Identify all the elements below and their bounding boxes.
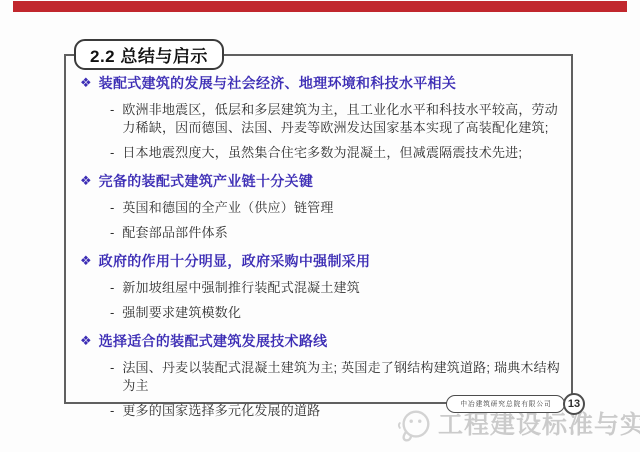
section-heading: 政府的作用十分明显，政府采购中强制采用	[99, 252, 371, 270]
section-government-role: ❖ 政府的作用十分明显，政府采购中强制采用 - 新加坡组屋中强制推行装配式混凝土…	[66, 252, 566, 322]
dash-bullet-icon: -	[110, 359, 114, 377]
sub-bullet-text: 法国、丹麦以装配式混凝土建筑为主; 英国走了钢结构建筑道路; 瑞典木结构为主	[122, 359, 564, 395]
section-heading-row: ❖ 政府的作用十分明显，政府采购中强制采用	[66, 252, 566, 270]
sub-bullet-text: 日本地震烈度大，虽然集合住宅多数为混凝土，但减震隔震技术先进;	[122, 144, 522, 162]
dash-bullet-icon: -	[110, 144, 114, 162]
content-area: ❖ 装配式建筑的发展与社会经济、地理环境和科技水平相关 - 欧洲非地震区，低层和…	[66, 70, 566, 420]
sub-bullet-row: - 配套部品部件体系	[66, 224, 566, 242]
sub-bullet-text: 更多的国家选择多元化发展的道路	[122, 402, 320, 420]
watermark-mascot-icon	[396, 406, 434, 444]
presentation-slide: 2.2 总结与启示 ❖ 装配式建筑的发展与社会经济、地理环境和科技水平相关 - …	[0, 0, 640, 452]
dash-bullet-icon: -	[110, 199, 114, 217]
sub-bullet-row: - 英国和德国的全产业（供应）链管理	[66, 199, 566, 217]
section-development: ❖ 装配式建筑的发展与社会经济、地理环境和科技水平相关 - 欧洲非地震区，低层和…	[66, 74, 566, 162]
section-heading-row: ❖ 选择适合的装配式建筑发展技术路线	[66, 332, 566, 350]
sub-bullet-text: 英国和德国的全产业（供应）链管理	[122, 199, 333, 217]
top-red-bar	[13, 1, 627, 12]
slide-title: 2.2 总结与启示	[90, 42, 208, 67]
dash-bullet-icon: -	[110, 304, 114, 322]
sub-bullet-text: 强制要求建筑模数化	[122, 304, 241, 322]
sub-bullet-row: - 法国、丹麦以装配式混凝土建筑为主; 英国走了钢结构建筑道路; 瑞典木结构为主	[66, 359, 566, 395]
diamond-bullet-icon: ❖	[80, 252, 92, 270]
sub-bullet-row: - 新加坡组屋中强制推行装配式混凝土建筑	[66, 279, 566, 297]
organization-badge: 中冶建筑研究总院有限公司	[446, 395, 565, 413]
section-heading-row: ❖ 完备的装配式建筑产业链十分关键	[66, 172, 566, 190]
sub-bullet-row: - 强制要求建筑模数化	[66, 304, 566, 322]
diamond-bullet-icon: ❖	[80, 172, 92, 190]
section-heading: 装配式建筑的发展与社会经济、地理环境和科技水平相关	[99, 74, 457, 92]
section-heading-row: ❖ 装配式建筑的发展与社会经济、地理环境和科技水平相关	[66, 74, 566, 92]
dash-bullet-icon: -	[110, 402, 114, 420]
sub-bullet-row: - 欧洲非地震区，低层和多层建筑为主，且工业化水平和科技水平较高，劳动力稀缺，因…	[66, 101, 566, 137]
page-number: 13	[568, 398, 580, 410]
sub-bullet-text: 新加坡组屋中强制推行装配式混凝土建筑	[122, 279, 360, 297]
organization-name: 中冶建筑研究总院有限公司	[460, 399, 551, 409]
sub-bullet-row: - 日本地震烈度大，虽然集合住宅多数为混凝土，但减震隔震技术先进;	[66, 144, 566, 162]
dash-bullet-icon: -	[110, 101, 114, 119]
diamond-bullet-icon: ❖	[80, 332, 92, 350]
section-industry-chain: ❖ 完备的装配式建筑产业链十分关键 - 英国和德国的全产业（供应）链管理 - 配…	[66, 172, 566, 242]
sub-bullet-text: 配套部品部件体系	[122, 224, 228, 242]
page-number-badge: 13	[563, 393, 585, 415]
dash-bullet-icon: -	[110, 224, 114, 242]
slide-title-box: 2.2 总结与启示	[74, 39, 224, 70]
section-heading: 选择适合的装配式建筑发展技术路线	[99, 332, 328, 350]
section-heading: 完备的装配式建筑产业链十分关键	[99, 172, 314, 190]
diamond-bullet-icon: ❖	[80, 74, 92, 92]
dash-bullet-icon: -	[110, 279, 114, 297]
sub-bullet-text: 欧洲非地震区，低层和多层建筑为主，且工业化水平和科技水平较高，劳动力稀缺，因而德…	[122, 101, 564, 137]
